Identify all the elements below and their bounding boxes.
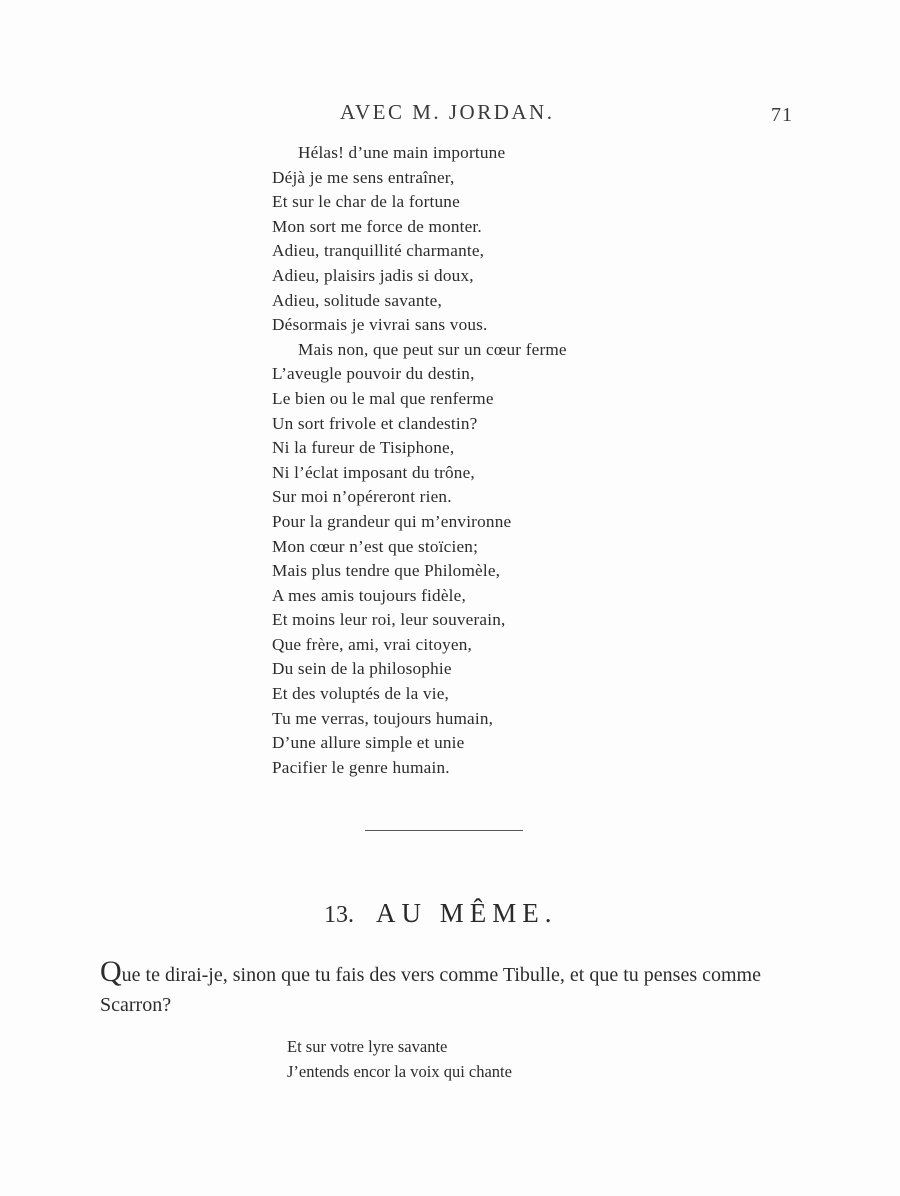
poem-line: Ni l’éclat imposant du trône,	[272, 461, 567, 486]
poem-line: Mon sort me force de monter.	[272, 215, 567, 240]
verse-line: Et sur votre lyre savante	[287, 1035, 512, 1060]
poem-line: Mon cœur n’est que stoïcien;	[272, 535, 567, 560]
poem-line: Que frère, ami, vrai citoyen,	[272, 633, 567, 658]
poem-line: L’aveugle pouvoir du destin,	[272, 362, 567, 387]
section-divider	[365, 830, 523, 831]
verse-line: J’entends encor la voix qui chante	[287, 1060, 512, 1085]
poem-line: Pour la grandeur qui m’environne	[272, 510, 567, 535]
prose-text: ue te dirai-je, sinon que tu fais des ve…	[100, 964, 761, 1016]
poem-line: Et moins leur roi, leur souverain,	[272, 608, 567, 633]
prose-paragraph: Que te dirai-je, sinon que tu fais des v…	[100, 960, 800, 1020]
poem-line: Mais non, que peut sur un cœur ferme	[272, 338, 567, 363]
running-head: AVEC M. JORDAN.	[340, 100, 554, 125]
poem-line: Le bien ou le mal que renferme	[272, 387, 567, 412]
drop-letter: Q	[100, 955, 122, 988]
poem-line: Adieu, plaisirs jadis si doux,	[272, 264, 567, 289]
poem-line: A mes amis toujours fidèle,	[272, 584, 567, 609]
section-title: AU MÊME.	[376, 898, 558, 928]
poem-line: Déjà je me sens entraîner,	[272, 166, 567, 191]
poem-line: Tu me verras, toujours humain,	[272, 707, 567, 732]
poem-line: Du sein de la philosophie	[272, 657, 567, 682]
poem-line: Mais plus tendre que Philomèle,	[272, 559, 567, 584]
poem-line: Adieu, tranquillité charmante,	[272, 239, 567, 264]
poem-line: Sur moi n’opéreront rien.	[272, 485, 567, 510]
poem: Hélas! d’une main importune Déjà je me s…	[272, 141, 567, 780]
section-number: 13.	[324, 902, 354, 928]
page-number: 71	[771, 104, 793, 127]
poem-line: Désormais je vivrai sans vous.	[272, 313, 567, 338]
poem-line: Pacifier le genre humain.	[272, 756, 567, 781]
poem-line: Ni la fureur de Tisiphone,	[272, 436, 567, 461]
poem-line: D’une allure simple et unie	[272, 731, 567, 756]
poem-line: Et des voluptés de la vie,	[272, 682, 567, 707]
poem-line: Hélas! d’une main importune	[272, 141, 567, 166]
section-heading: 13.AU MÊME.	[324, 898, 558, 930]
poem-line: Adieu, solitude savante,	[272, 289, 567, 314]
poem-line: Et sur le char de la fortune	[272, 190, 567, 215]
verse-quote: Et sur votre lyre savante J’entends enco…	[287, 1035, 512, 1084]
poem-line: Un sort frivole et clandestin?	[272, 412, 567, 437]
